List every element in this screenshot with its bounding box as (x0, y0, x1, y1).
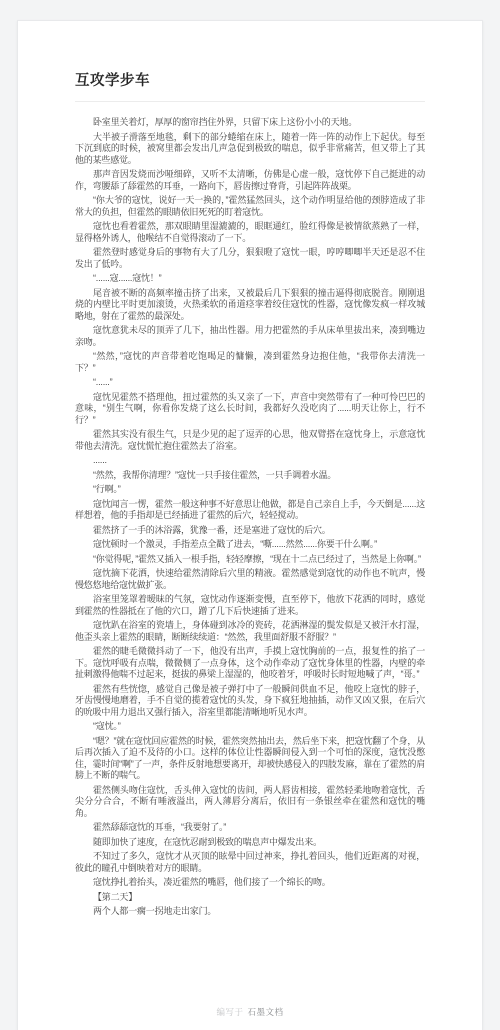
paragraph: 尾音被不断的高频率撞击挤了出来，又被最后几下狠狠的撞击逼得彻底脱音。刚刚退烧的内… (75, 288, 425, 323)
paragraph: 霍然舔舔寇忱的耳垂，“我要射了。” (75, 822, 425, 834)
paragraph: “然然，”寇忱的声音带着吃饱喝足的慵懒，凑到霍然身边抱住他，“我带你去清洗一下？… (75, 351, 425, 374)
paragraph: 寇忱顿时一个激灵，手指差点全戳了进去，“嘶......然然......你要干什么… (75, 539, 425, 551)
footer: 编写于石墨文档 (18, 1006, 482, 1018)
footer-prefix: 编写于 (216, 1007, 243, 1017)
document-content: 互攻学步车 卧室里关着灯，厚厚的窗帘挡住外界，只留下床上这份小小的天地。大半被子… (18, 21, 482, 918)
paragraph: 寇忱闻言一愣，霍然一般这种事不好意思让他做，都是自己亲自上手，今天倒是.....… (75, 499, 425, 522)
paragraph: 霍然的睫毛微微抖动了一下，他没有出声，手摸上寇忱胸前的一点，报复性的掐了一下。寇… (75, 646, 425, 681)
paragraph: 浴室里笼罩着暧昧的气氛，寇忱动作逐渐变慢，直至停下，他放下花洒的同时，感觉到霍然… (75, 594, 425, 617)
paragraph: “你觉得呢，”霍然又插入一根手指，轻轻摩擦，“现在十二点已经过了，当然是上你啊。… (75, 554, 425, 566)
paragraph: 那声音因发烧而沙哑细碎，又听不太清晰，仿佛是心虚一般，寇忱停下自己挺进的动作，弯… (75, 169, 425, 192)
footer-brand: 石墨文档 (248, 1007, 284, 1017)
page-title: 互攻学步车 (75, 69, 425, 90)
paragraph: 霍然侧头吻住寇忱，舌头伸入寇忱的齿间，两人唇齿相接，霍然轻柔地吻着寇忱，舌尖分分… (75, 785, 425, 820)
paragraph: 两个人都一瘸一拐地走出家门。 (75, 906, 425, 918)
paragraph: 寇忱见霍然不搭理他，扭过霍然的头又亲了一下，声音中突然带有了一种可怜巴巴的意味，… (75, 392, 425, 427)
paragraph: 霍然有些恍惚，感觉自己像是被子弹打中了一般瞬间供血不足，他咬上寇忱的脖子，牙齿慢… (75, 684, 425, 719)
paragraph: 霍然其实没有很生气，只是少见的起了逗弄的心思，他双臂搭在寇忱身上，示意寇忱带他去… (75, 429, 425, 452)
paragraph: “然然，我帮你清理？”寇忱一只手接住霍然，一只手调着水温。 (75, 470, 425, 482)
paragraph: 随即加快了速度，在寇忱忍耐到极致的喘息声中爆发出来。 (75, 837, 425, 849)
paragraph: “......寇......寇忱！” (75, 273, 425, 285)
paragraph: “嗯？”就在寇忱回应霍然的时候，霍然突然抽出去，然后坐下来，把寇忱翻了个身，从后… (75, 736, 425, 782)
paragraph: 【第二天】 (75, 892, 425, 904)
paragraph: 寇忱趴在浴室的瓷墙上，身体碰到冰冷的瓷砖，花洒淋湿的鬓发似是又被汗水打湿，他歪头… (75, 620, 425, 643)
paragraph: “......” (75, 377, 425, 389)
paragraph: 不知过了多久，寇忱才从灭顶的眩晕中回过神来，挣扎着回头，他们近距离的对视，彼此的… (75, 851, 425, 874)
paragraph: ...... (75, 455, 425, 467)
paragraph: “行啊。” (75, 484, 425, 496)
document-body: 卧室里关着灯，厚厚的窗帘挡住外界，只留下床上这份小小的天地。大半被子滑落至地毯，… (75, 117, 425, 918)
canvas-background: { "document": { "title": "互攻学步车", "parag… (0, 0, 500, 1030)
paragraph: 大半被子滑落至地毯，剩下的部分蜷缩在床上，随着一阵一阵的动作上下起伏。每至下沉到… (75, 132, 425, 167)
paragraph: 寇忱摘下花洒，快速给霍然清除后穴里的精液。霍然感觉到寇忱的动作也不吭声，慢慢悠悠… (75, 568, 425, 591)
paragraph: “你大爷的寇忱，说好一天一换的，”霍然猛然回头，这个动作明显给他的颈脖造成了非常… (75, 195, 425, 218)
paragraph: “寇忱。” (75, 721, 425, 733)
paragraph: 寇忱也看着霍然，那双眼睛里湿漉漉的，眼眶通红，脸红得像是被情欲蒸熟了一样，显得格… (75, 221, 425, 244)
paragraph: 卧室里关着灯，厚厚的窗帘挡住外界，只留下床上这份小小的天地。 (75, 117, 425, 129)
paragraph: 霍然登时感觉身后的事物有大了几分，狠狠瞪了寇忱一眼，哼哼唧唧半天还是忍不住发出了… (75, 247, 425, 270)
paragraph: 霍然挤了一手的沐浴露，犹豫一番，还是塞进了寇忱的后穴。 (75, 525, 425, 537)
paragraph: 寇忱挣扎着抬头，凑近霍然的嘴唇，他们接了一个绵长的吻。 (75, 877, 425, 889)
paragraph: 寇忱意犹未尽的顶弄了几下，抽出性器。用力把霍然的手从床单里拔出来，凑到嘴边亲吻。 (75, 325, 425, 348)
document-page: 互攻学步车 卧室里关着灯，厚厚的窗帘挡住外界，只留下床上这份小小的天地。大半被子… (17, 20, 483, 1030)
title-divider (75, 101, 425, 102)
